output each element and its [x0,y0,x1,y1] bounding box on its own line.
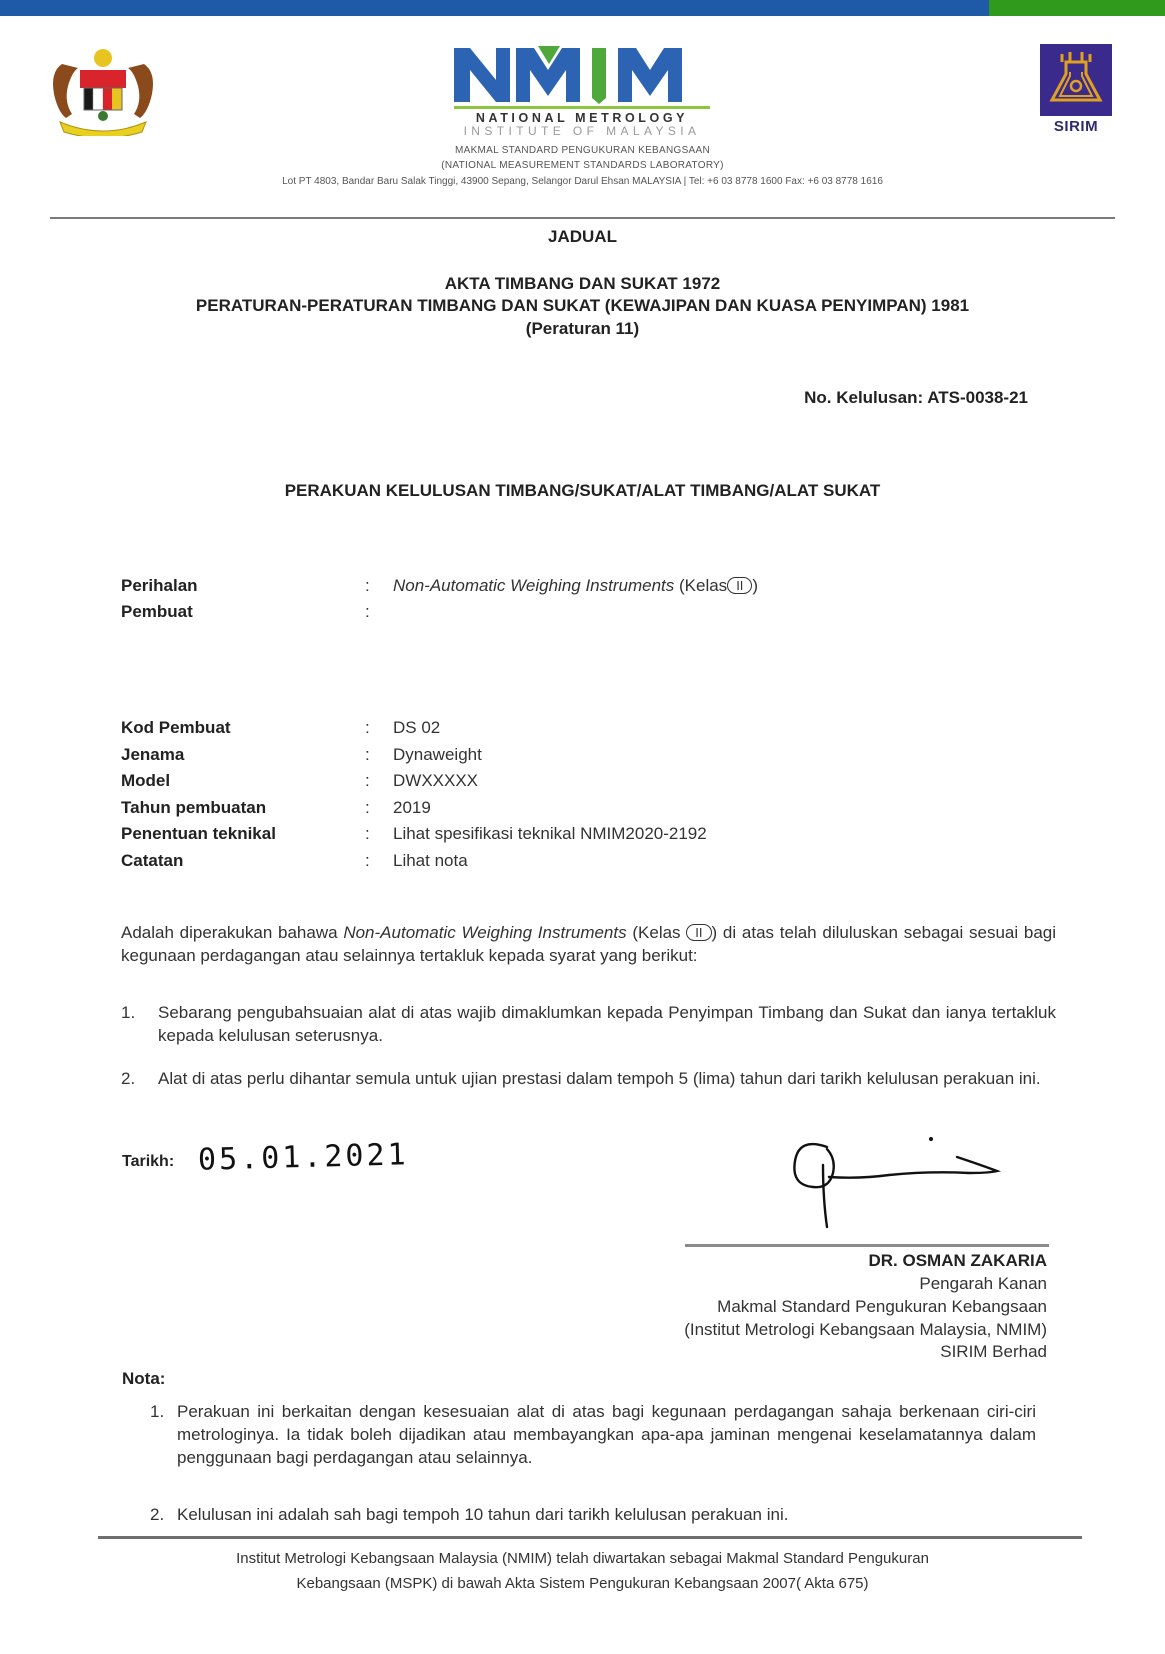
field-value: Non-Automatic Weighing Instruments (Kela… [393,576,758,596]
header-color-bar-green [989,0,1165,16]
field-label: Catatan [121,851,183,871]
nmim-logo-rule [454,106,710,109]
condition-text: Sebarang pengubahsuaian alat di atas waj… [158,1001,1056,1047]
statement-instrument: Non-Automatic Weighing Instruments [343,923,626,942]
signatory-name: DR. OSMAN ZAKARIA [869,1251,1048,1271]
sirim-logo: SIRIM [1040,44,1112,136]
nmim-logo: NATIONAL METROLOGY INSTITUTE OF MALAYSIA [454,46,710,134]
signature-line [685,1244,1049,1247]
sirim-logo-text: SIRIM [1040,118,1112,135]
statement-kelas-label: (Kelas [627,923,687,942]
date-label: Tarikh: [122,1153,174,1171]
heading-jadual: JADUAL [0,227,1165,247]
signature-icon [785,1133,1015,1229]
field-label: Pembuat [121,602,193,622]
field-colon: : [365,771,370,791]
field-label: Kod Pembuat [121,718,231,738]
field-label: Model [121,771,170,791]
field-colon: : [365,602,370,622]
certification-statement: Adalah diperakukan bahawa Non-Automatic … [121,921,1056,967]
footer-divider [98,1536,1082,1539]
letterhead-address: Lot PT 4803, Bandar Baru Salak Tinggi, 4… [0,176,1165,187]
header-divider [50,217,1115,219]
heading-akta: AKTA TIMBANG DAN SUKAT 1972 [0,274,1165,294]
field-colon: : [365,718,370,738]
notes-title: Nota: [122,1369,165,1389]
heading-peraturan-number: (Peraturan 11) [0,319,1165,339]
header-color-bar [0,0,1165,16]
field-label: Tahun pembuatan [121,798,266,818]
field-value: DWXXXXX [393,771,478,791]
note-number: 2. [150,1503,164,1526]
certificate-title: PERAKUAN KELULUSAN TIMBANG/SUKAT/ALAT TI… [0,481,1165,501]
field-colon: : [365,798,370,818]
condition-text: Alat di atas perlu dihantar semula untuk… [158,1067,1056,1090]
condition-number: 2. [121,1067,135,1090]
field-value: Lihat nota [393,851,468,871]
nmim-logo-line2: INSTITUTE OF MALAYSIA [454,124,710,138]
field-label: Perihalan [121,576,198,596]
signatory-company: SIRIM Berhad [940,1342,1047,1362]
kelas-label: (Kelas [674,576,727,595]
condition-number: 1. [121,1001,135,1024]
field-colon: : [365,576,370,596]
field-label: Jenama [121,745,184,765]
field-label: Penentuan teknikal [121,824,276,844]
note-text: Kelulusan ini adalah sah bagi tempoh 10 … [177,1503,1036,1526]
field-colon: : [365,824,370,844]
flask-icon [1040,44,1112,116]
malaysia-crest-icon [44,44,162,136]
field-value: 2019 [393,798,431,818]
signatory-org-detail: (Institut Metrologi Kebangsaan Malaysia,… [684,1320,1047,1340]
certificate-title-text: PERAKUAN KELULUSAN TIMBANG/SUKAT/ALAT TI… [285,481,881,500]
nmim-logo-line1: NATIONAL METROLOGY [454,111,710,125]
kelas-mark: II [686,924,711,941]
footer-line-1: Institut Metrologi Kebangsaan Malaysia (… [0,1550,1165,1567]
statement-prefix: Adalah diperakukan bahawa [121,923,343,942]
instrument-type: Non-Automatic Weighing Instruments [393,576,674,595]
signatory-title: Pengarah Kanan [919,1274,1047,1294]
kelas-mark: II [727,577,752,594]
letterhead-lab-name: MAKMAL STANDARD PENGUKURAN KEBANGSAAN [0,145,1165,156]
heading-peraturan: PERATURAN-PERATURAN TIMBANG DAN SUKAT (K… [0,296,1165,316]
field-colon: : [365,851,370,871]
note-number: 1. [150,1400,164,1423]
field-value: Lihat spesifikasi teknikal NMIM2020-2192 [393,824,707,844]
kelas-close: ) [752,576,758,595]
signatory-org: Makmal Standard Pengukuran Kebangsaan [717,1297,1047,1317]
field-value: Dynaweight [393,745,482,765]
letterhead-lab-name-en: (NATIONAL MEASUREMENT STANDARDS LABORATO… [0,160,1165,171]
footer-line-2: Kebangsaan (MSPK) di bawah Akta Sistem P… [0,1575,1165,1592]
note-text: Perakuan ini berkaitan dengan kesesuaian… [177,1400,1036,1469]
field-value: DS 02 [393,718,440,738]
approval-number: No. Kelulusan: ATS-0038-21 [804,388,1028,408]
handwritten-date: 05.01.2021 [198,1137,409,1178]
field-colon: : [365,745,370,765]
